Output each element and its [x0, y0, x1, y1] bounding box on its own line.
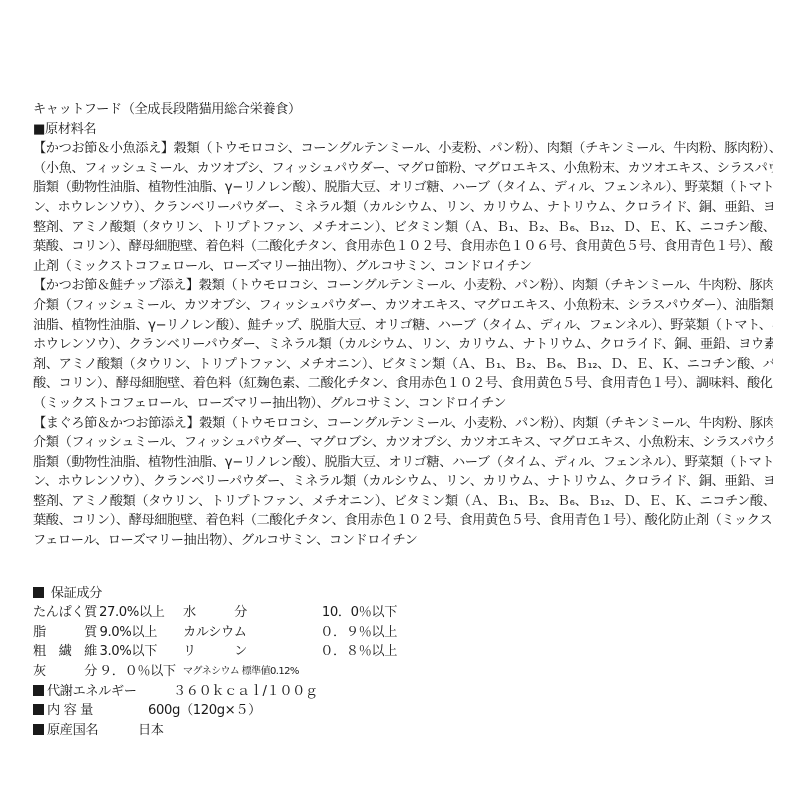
content-row: 内 容 量 600g（120g×５） [33, 701, 773, 721]
bullet-square-icon [33, 587, 44, 598]
origin-row: 原産国名 日本 [33, 721, 773, 741]
ingredients-list: 【かつお節＆小魚添え】穀類（トウモロコシ、コーングルテンミール、小麦粉、パン粉）… [33, 139, 773, 550]
nutrient-value: 10．0％以下 [267, 603, 397, 623]
nutrient-label: たんぱく質 [33, 603, 99, 623]
nutrient-label: 粗 繊 維 [33, 642, 99, 662]
ingredients-line: 脂類（動物性油脂、植物性油脂、γ−リノレン酸）、脱脂大豆、オリゴ糖、ハーブ（タイ… [33, 453, 773, 473]
nutrient-note: マグネシウム 標準値0.12% [183, 662, 397, 682]
ingredients-line: ホウレンソウ）、クランベリーパウダー、ミネラル類（カルシウム、リン、カリウム、ナ… [33, 335, 773, 355]
nutrient-value: ０．９％以上 [267, 623, 397, 643]
nutrient-label: リ ン [183, 642, 267, 662]
content-value: 600g（120g×５） [148, 701, 261, 721]
nutrient-label: 水 分 [183, 603, 267, 623]
nutrient-label: カルシウム [183, 623, 267, 643]
ingredients-line: ン、ホウレンソウ）、クランベリーパウダー、ミネラル類（カルシウム、リン、カリウム… [33, 198, 773, 218]
origin-value: 日本 [138, 721, 164, 741]
ingredients-heading: ■原材料名 [33, 120, 773, 140]
ingredients-line: 脂類（動物性油脂、植物性油脂、γ−リノレン酸）、脱脂大豆、オリゴ糖、ハーブ（タイ… [33, 178, 773, 198]
ingredients-line: （小魚、フィッシュミール、カツオブシ、フィッシュパウダー、マグロ節粉、マグロエキ… [33, 159, 773, 179]
bullet-square-icon [33, 704, 44, 715]
nutrient-value: ０．８％以上 [267, 642, 397, 662]
nutrient-label: 脂 質 [33, 623, 99, 643]
ingredients-line: 【まぐろ節＆かつお節添え】穀類（トウモロコシ、コーングルテンミール、小麦粉、パン… [33, 414, 773, 434]
ingredients-line: 介類（フィッシュミール、カツオブシ、フィッシュパウダー、カツオエキス、マグロエキ… [33, 296, 773, 316]
section-gap [33, 551, 773, 584]
product-title: キャットフード（全成長段階猫用総合栄養食） [33, 100, 773, 120]
nutrient-value: 3.0%以下 [99, 642, 183, 662]
nutrient-value: 9.0%以上 [99, 623, 183, 643]
ingredients-line: 酸、コリン）、酵母細胞壁、着色料（紅麹色素、二酸化チタン、食用赤色１０２号、食用… [33, 374, 773, 394]
ingredients-line: 剤、アミノ酸類（タウリン、トリプトファン、メチオニン）、ビタミン類（Ａ、Ｂ₁、Ｂ… [33, 355, 773, 375]
energy-label: 代謝エネルギー [47, 684, 137, 699]
ingredients-line: 整剤、アミノ酸類（タウリン、トリプトファン、メチオニン）、ビタミン類（Ａ、Ｂ₁、… [33, 492, 773, 512]
guaranteed-analysis-heading: 保証成分 [33, 584, 773, 604]
energy-value: ３６０ｋｃａｌ/１００ｇ [173, 682, 318, 702]
nutrient-value: 27.0%以上 [99, 603, 183, 623]
product-label-document: キャットフード（全成長段階猫用総合栄養食） ■原材料名 【かつお節＆小魚添え】穀… [33, 100, 773, 740]
ingredients-line: 油脂、植物性油脂、γ−リノレン酸）、鮭チップ、脱脂大豆、オリゴ糖、ハーブ（タイム… [33, 316, 773, 336]
bullet-square-icon [33, 685, 44, 696]
ingredients-line: 介類（フィッシュミール、フィッシュパウダー、マグロブシ、カツオブシ、カツオエキス… [33, 433, 773, 453]
ingredients-line: （ミックストコフェロール、ローズマリー抽出物）、グルコサミン、コンドロイチン [33, 394, 773, 414]
ingredients-line: 【かつお節＆鮭チップ添え】穀類（トウモロコシ、コーングルテンミール、小麦粉、パン… [33, 276, 773, 296]
ingredients-line: 【かつお節＆小魚添え】穀類（トウモロコシ、コーングルテンミール、小麦粉、パン粉）… [33, 139, 773, 159]
guaranteed-analysis-table: たんぱく質 27.0%以上 水 分 10．0％以下 脂 質 9.0%以上 カルシ… [33, 603, 773, 681]
content-label: 内 容 量 [47, 703, 93, 718]
ingredients-line: フェロール、ローズマリー抽出物）、グルコサミン、コンドロイチン [33, 531, 773, 551]
origin-label: 原産国名 [47, 723, 98, 738]
nutrient-label: 灰 分 [33, 662, 99, 682]
ingredients-line: ン、ホウレンソウ）、クランベリーパウダー、ミネラル類（カルシウム、リン、カリウム… [33, 472, 773, 492]
ingredients-line: 止剤（ミックストコフェロール、ローズマリー抽出物）、グルコサミン、コンドロイチン [33, 257, 773, 277]
bullet-square-icon [33, 724, 44, 735]
nutrient-value: ９．０％以下 [99, 662, 183, 682]
ingredients-line: 葉酸、コリン）、酵母細胞壁、着色料（二酸化チタン、食用赤色１０２号、食用黄色５号… [33, 511, 773, 531]
energy-row: 代謝エネルギー ３６０ｋｃａｌ/１００ｇ [33, 682, 773, 702]
ingredients-line: 整剤、アミノ酸類（タウリン、トリプトファン、メチオニン）、ビタミン類（Ａ、Ｂ₁、… [33, 218, 773, 238]
ingredients-line: 葉酸、コリン）、酵母細胞壁、着色料（二酸化チタン、食用赤色１０２号、食用赤色１０… [33, 237, 773, 257]
